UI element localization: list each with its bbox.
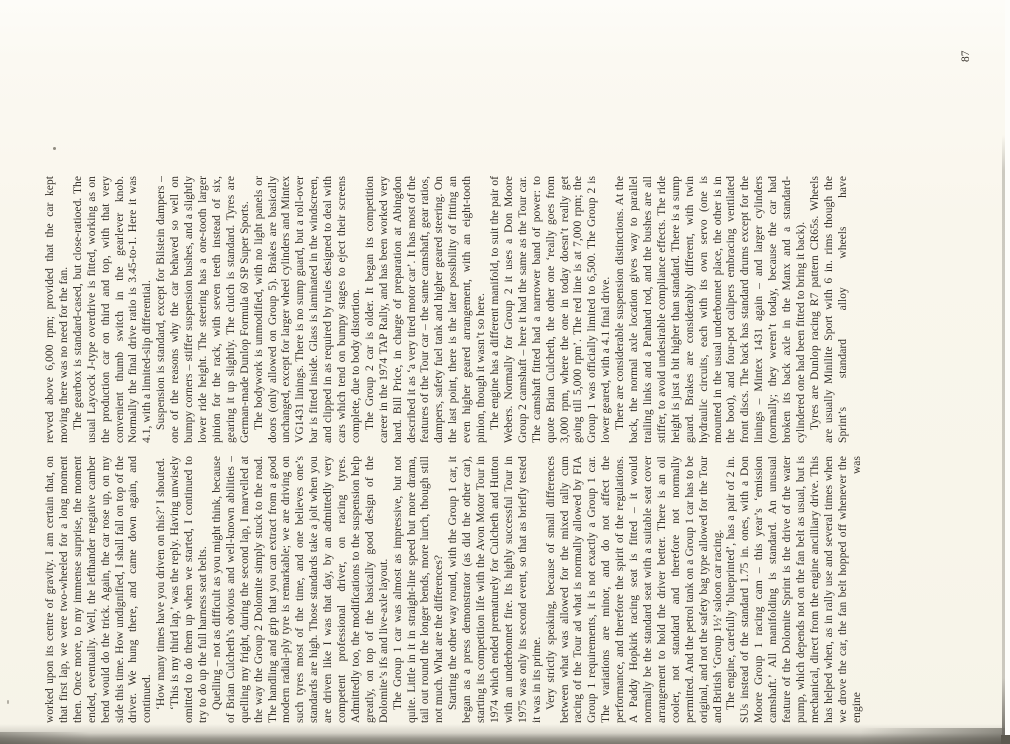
paragraph: The engine has a different manifold, to … [489,176,614,443]
paragraph: The engine, carefully ‘blueprinted’, has… [725,456,864,723]
paragraph: revved above 6,000 rpm; provided that th… [44,176,72,443]
scan-background-sliver [1005,0,1010,744]
page-number: 87 [960,51,972,63]
paragraph: Suspension is standard, except for Bilst… [155,176,252,443]
scan-speck [7,700,9,704]
paragraph: The bodywork is unmodified, with no ligh… [253,176,364,443]
paragraph: ‘How many times have you driven on this?… [155,456,169,723]
page-corner-shadow [1001,735,1010,744]
paragraph: Starting the other way round, with the G… [447,456,544,723]
text-column-left: worked upon its centre of gravity. I am … [44,456,952,723]
text-block: worked upon its centre of gravity. I am … [44,176,952,723]
paragraph: The Group 1 car was almost as impressive… [392,456,448,723]
paragraph: Very strictly speaking, because of small… [545,456,726,723]
paragraph: worked upon its centre of gravity. I am … [44,456,155,723]
paragraph: There are considerable suspension distin… [614,176,809,443]
book-page-scan: worked upon its centre of gravity. I am … [0,0,1010,744]
scan-speck [53,147,56,150]
paragraph: The Group 2 car is older. It began its c… [364,176,489,443]
paragraph: The gearbox is standard-cased, but close… [72,176,155,443]
page-bottom-edge-shadow [0,724,1010,744]
paragraph: Tyres are Dunlop racing R7 pattern CR65s… [809,176,851,443]
page-bottom-shadow-left [0,732,90,744]
paragraph: Quelling – not as difficult as you might… [211,456,392,723]
page-bottom-shadow-right [860,728,1010,744]
rotated-page-content: worked upon its centre of gravity. I am … [0,0,1010,744]
paragraph: ‘This is my third lap,’ was the reply. H… [169,456,211,723]
text-column-right: revved above 6,000 rpm; provided that th… [44,176,952,443]
